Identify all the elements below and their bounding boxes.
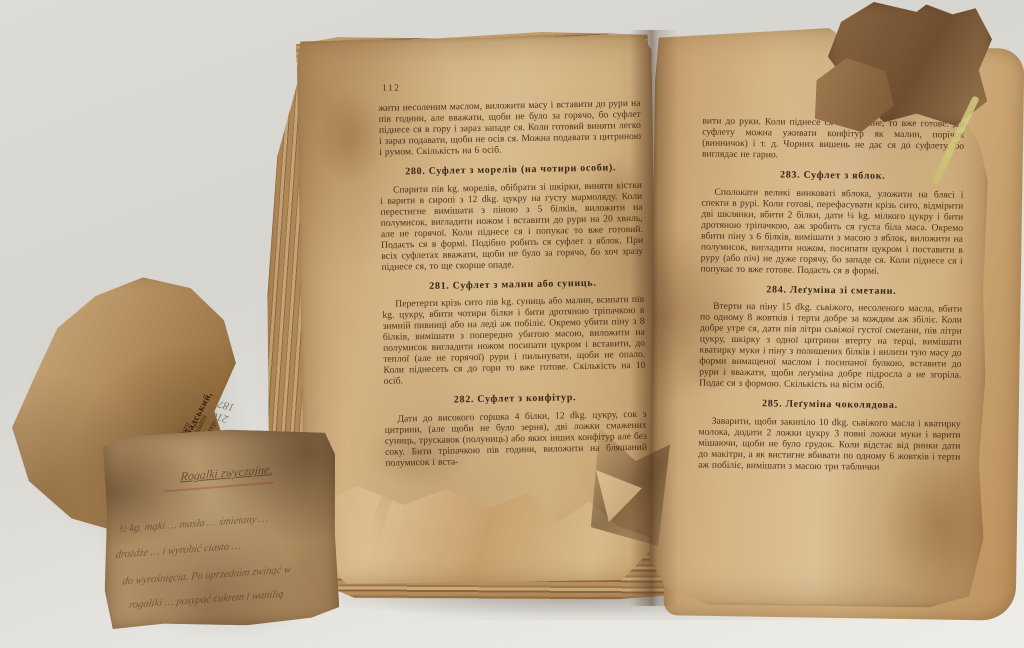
- recipe-284-body: Втерти на піну 15 dkg. сьвіжого, несолен…: [699, 301, 962, 392]
- card-script-line: drożdże … i wyrobić ciasto …: [115, 541, 242, 561]
- page-number-112: 112: [382, 79, 640, 94]
- recipe-284-heading: 284. Леґуміна зі сметани.: [706, 283, 956, 299]
- recipe-280-body: Спарити пів kg. морелів, обібрати зі шкі…: [380, 179, 644, 272]
- card-title: Rogalki zwyczajne.: [151, 460, 302, 487]
- photo-old-cookbook: 112 жити несоленим маслом, виложити масу…: [0, 0, 1024, 648]
- recipe-285-body: Заварити, щоби закипіло 10 dkg. сьвіжого…: [698, 415, 961, 473]
- left-page-text-column: 112 жити несоленим маслом, виложити масу…: [378, 79, 647, 468]
- card-script-line: ½ kg. mąki … masła … śmietany …: [118, 513, 269, 535]
- recipe-282-heading: 282. Суфлет з конфітур.: [390, 391, 640, 408]
- paper-stain: [314, 90, 386, 186]
- recipe-281-heading: 281. Суфлет з малин або суниць.: [388, 276, 638, 293]
- recipe-285-heading: 285. Леґуміна чоколядова.: [705, 398, 955, 414]
- card-script-line: rogaliki … posypać cukrem i wanilią: [128, 589, 284, 611]
- card-script-line: do wyrośnięcia. Po uprzednim zwinąć w: [122, 564, 292, 587]
- right-page-text-column: 113 вити до руки. Коли піднесе ся і прис…: [698, 97, 965, 474]
- recipe-283-heading: 283. Суфлет з яблок.: [708, 169, 958, 185]
- recipe-283-body: Сполокати великі винковаті яблока, уложи…: [701, 186, 964, 277]
- recipe-280-heading: 280. Суфлет з морелів (на чотири особи).: [386, 162, 636, 179]
- recipe-279-continuation: жити несоленим маслом, виложити масу і в…: [378, 98, 641, 158]
- recipe-281-body: Перетерти крізь сито пів kg. суниць або …: [382, 294, 646, 387]
- handwritten-recipe-card: Rogalki zwyczajne. ½ kg. mąki … masła … …: [100, 427, 339, 629]
